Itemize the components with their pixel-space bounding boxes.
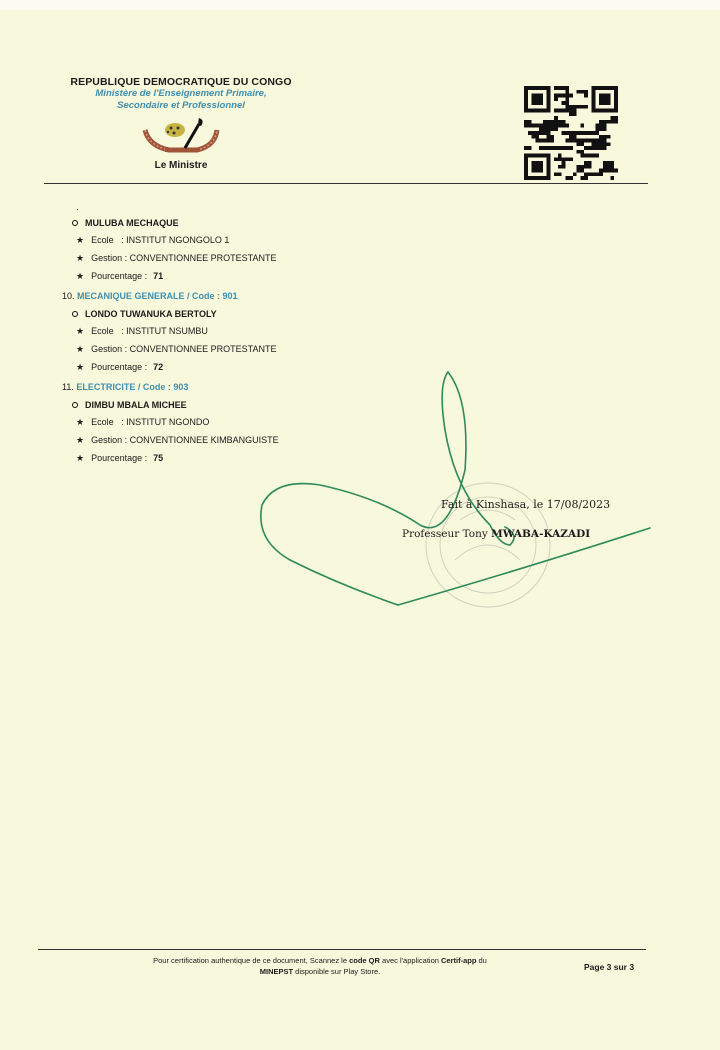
coat-of-arms-icon xyxy=(139,116,223,156)
student-name: LONDO TUWANUKA BERTOLY xyxy=(85,309,217,319)
top-band xyxy=(0,0,720,10)
ecole-value: INSTITUT NSUMBU xyxy=(126,326,208,336)
pourcentage-value: 71 xyxy=(153,271,163,281)
signer-surname: MWABA-KAZADI xyxy=(491,528,590,540)
gestion-label: Gestion : xyxy=(91,253,130,263)
header-divider xyxy=(44,183,648,184)
page-number: Page 3 sur 3 xyxy=(584,962,634,972)
circle-bullet-icon xyxy=(72,402,78,408)
star-bullet-icon: ★ xyxy=(76,253,84,264)
star-bullet-icon: ★ xyxy=(76,435,84,446)
pourcentage-value: 75 xyxy=(153,453,163,463)
ministry-acronym: MINEPST xyxy=(260,967,293,976)
ministry-line-1: Ministère de l'Enseignement Primaire, xyxy=(56,88,306,100)
circle-bullet-icon xyxy=(72,311,78,317)
section-number: 11. xyxy=(62,382,74,392)
gestion-label: Gestion : xyxy=(91,344,130,354)
star-bullet-icon: ★ xyxy=(76,453,84,464)
star-bullet-icon: ★ xyxy=(76,235,84,246)
section-heading: 10. MECANIQUE GENERALE / Code : 901 xyxy=(62,291,382,305)
star-bullet-icon: ★ xyxy=(76,417,84,428)
star-bullet-icon: ★ xyxy=(76,344,84,355)
section-heading: 11. ELECTRICITE / Code : 903 xyxy=(62,382,382,396)
ministry-line-2: Secondaire et Professionnel xyxy=(56,100,306,112)
student-name: DIMBU MBALA MICHEE xyxy=(85,400,187,410)
footer-divider xyxy=(38,949,646,950)
ecole-label: Ecole : xyxy=(91,235,126,245)
pourcentage-label: Pourcentage : xyxy=(91,362,147,372)
gestion-value: CONVENTIONNEE PROTESTANTE xyxy=(130,344,277,354)
signatory-title: Le Ministre xyxy=(56,160,306,171)
star-bullet-icon: ★ xyxy=(76,326,84,337)
ecole-value: INSTITUT NGONGOLO 1 xyxy=(126,235,229,245)
list-item: MULUBA MECHAQUE ★Ecole : INSTITUT NGONGO… xyxy=(62,214,382,285)
student-name: MULUBA MECHAQUE xyxy=(85,218,179,228)
ecole-label: Ecole : xyxy=(91,417,126,427)
signer-name: Professeur Tony MWABA-KAZADI xyxy=(402,528,590,540)
section-title: MECANIQUE GENERALE / Code : 901 xyxy=(77,291,238,301)
country-name: REPUBLIQUE DEMOCRATIQUE DU CONGO xyxy=(56,76,306,88)
qr-code-icon[interactable] xyxy=(524,86,618,180)
results-list: MULUBA MECHAQUE ★Ecole : INSTITUT NGONGO… xyxy=(62,214,382,473)
section-number: 10. xyxy=(62,291,75,301)
pourcentage-label: Pourcentage : xyxy=(91,271,147,281)
circle-bullet-icon xyxy=(72,220,78,226)
gestion-value: CONVENTIONNEE PROTESTANTE xyxy=(130,253,277,263)
ecole-value: INSTITUT NGONDO xyxy=(126,417,209,427)
gestion-value: CONVENTIONNEE KIMBANGUISTE xyxy=(130,435,279,445)
star-bullet-icon: ★ xyxy=(76,362,84,373)
certification-note: Pour certification authentique de ce doc… xyxy=(100,955,540,977)
star-bullet-icon: ★ xyxy=(76,271,84,282)
stray-mark: · xyxy=(76,205,79,214)
section-title: ELECTRICITE / Code : 903 xyxy=(76,382,188,392)
pourcentage-value: 72 xyxy=(153,362,163,372)
place-and-date: Fait à Kinshasa, le 17/08/2023 xyxy=(441,498,610,511)
gestion-label: Gestion : xyxy=(91,435,130,445)
qr-keyword: code QR xyxy=(349,956,380,965)
list-item: 11. ELECTRICITE / Code : 903 DIMBU MBALA… xyxy=(62,382,382,467)
letterhead: REPUBLIQUE DEMOCRATIQUE DU CONGO Ministè… xyxy=(56,76,306,171)
app-name: Certif-app xyxy=(441,956,476,965)
ecole-label: Ecole : xyxy=(91,326,126,336)
pourcentage-label: Pourcentage : xyxy=(91,453,147,463)
list-item: 10. MECANIQUE GENERALE / Code : 901 LOND… xyxy=(62,291,382,376)
